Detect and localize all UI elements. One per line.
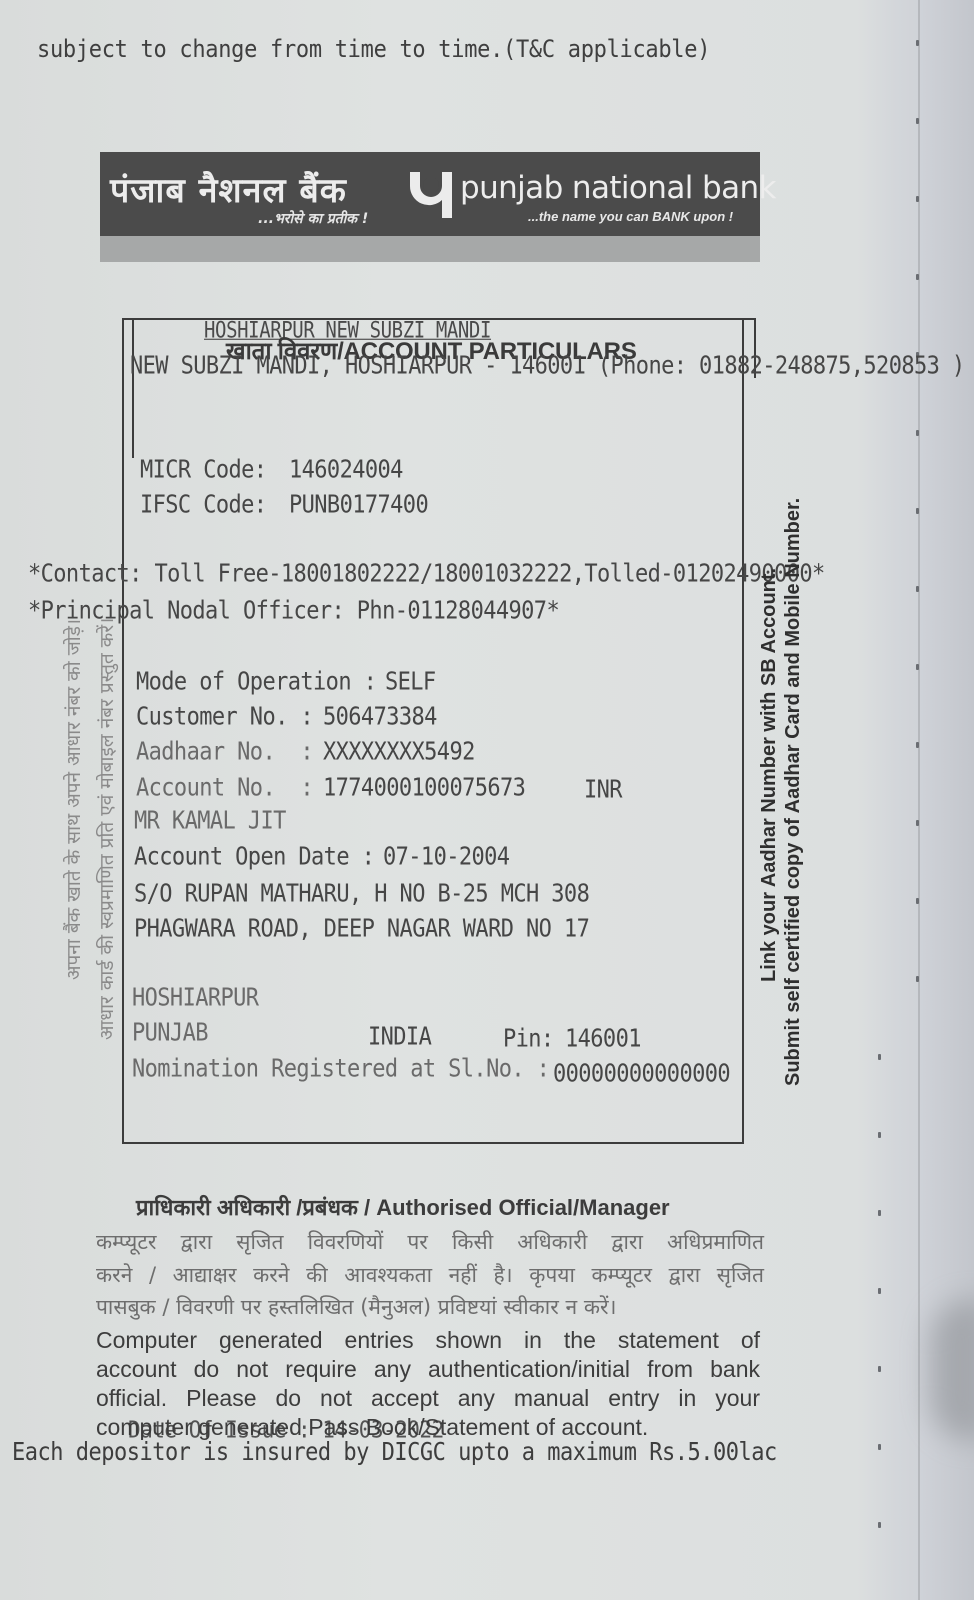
customer-no-value: 506473384 [323,703,437,731]
ifsc-value: PUNB0177400 [289,491,428,519]
thumb-shadow [930,1300,974,1440]
contact-numbers: *Contact: Toll Free-18001802222/18001032… [28,560,825,588]
city: HOSHIARPUR [132,984,258,1012]
micr-label: MICR Code: [140,456,266,484]
bank-name-english: punjab national bank [460,170,776,206]
stitch-mark [878,1522,881,1528]
nomination-value: 00000000000000 [553,1060,730,1088]
aadhaar-no-value: XXXXXXXX5492 [323,738,475,766]
stitch-mark [916,508,919,514]
mode-of-operation-value: SELF [385,668,436,696]
account-no-value: 1774000100075673 [323,774,525,802]
account-holder-name: MR KAMAL JIT [134,807,286,835]
bank-tagline-hindi: ...भरोसे का प्रतीक ! [258,209,368,228]
aadhar-link-note: Link your Aadhar Number with SB Account. [758,568,781,982]
micr-value: 146024004 [289,456,403,484]
stitch-mark [878,1132,881,1138]
dicgc-insurance-note: Each depositor is insured by DICGC upto … [12,1438,777,1467]
pin-label: Pin: [503,1025,554,1053]
currency-code: INR [584,776,622,804]
stitch-mark [916,196,919,202]
address-line-1: S/O RUPAN MATHARU, H NO B-25 MCH 308 [134,880,589,908]
mode-of-operation-label: Mode of Operation : [136,668,376,696]
terms-note: subject to change from time to time.(T&C… [37,36,710,64]
bank-tagline-english: ...the name you can BANK upon ! [528,209,733,224]
stitch-mark [916,274,919,280]
customer-no-label: Customer No. : [136,703,313,731]
state: PUNJAB [132,1019,208,1047]
hindi-disclaimer-line-1: कम्प्यूटर द्वारा सृजित विवरणियों पर किसी… [96,1228,764,1256]
bank-name-hindi: पंजाब नैशनल बैंक [110,166,347,212]
english-disclaimer-line-3: official. Please do not accept any manua… [96,1384,760,1412]
stitch-mark [878,1366,881,1372]
account-open-date-value: 07-10-2004 [383,843,509,871]
hindi-disclaimer-line-3: पासबुक / विवरणी पर हस्तलिखित (मैनुअल) प्… [96,1293,716,1321]
stitch-mark [916,586,919,592]
address-line-2: PHAGWARA ROAD, DEEP NAGAR WARD NO 17 [134,915,589,943]
stitch-mark [916,118,919,124]
account-open-date-label: Account Open Date : [134,843,374,871]
aadhar-submit-note: Submit self certified copy of Aadhar Car… [782,498,805,1086]
pnb-logo-icon [408,168,454,222]
page-binding-edge [918,0,920,1600]
stitch-mark [916,742,919,748]
account-particulars-box [122,318,744,1144]
box-left-border [132,318,134,458]
aadhaar-no-label: Aadhaar No. : [136,738,313,766]
branch-address: NEW SUBZI MANDI, HOSHIARPUR - 146001 (Ph… [130,352,965,380]
stitch-mark [878,1444,881,1450]
english-disclaimer-line-2: account do not require any authenticatio… [96,1355,760,1383]
stitch-mark [916,820,919,826]
pin-value: 146001 [565,1025,641,1053]
stitch-mark [916,664,919,670]
ifsc-label: IFSC Code: [140,491,266,519]
stitch-mark [878,1210,881,1216]
stitch-mark [916,976,919,982]
hindi-disclaimer-line-2: करने / आद्याक्षर करने की आवश्यकता नहीं ह… [96,1261,764,1289]
banner-underline-strip [100,236,760,262]
authorised-official-label: प्राधिकारी अधिकारी /प्रबंधक / Authorised… [136,1192,670,1222]
nomination-label: Nomination Registered at Sl.No. : [132,1055,549,1083]
stitch-mark [878,1054,881,1060]
stitch-mark [916,40,919,46]
account-no-label: Account No. : [136,774,313,802]
aadhar-submit-note-hindi: आधार कार्ड की स्वप्रमाणित प्रति एवं मोबा… [93,618,119,1040]
aadhar-link-note-hindi: अपना बैंक खाते के साथ अपने आधार नंबर को … [60,619,86,980]
stitch-mark [916,898,919,904]
stitch-mark [916,430,919,436]
english-disclaimer-line-1: Computer generated entries shown in the … [96,1326,760,1354]
stitch-mark [878,1288,881,1294]
country: INDIA [368,1023,431,1051]
